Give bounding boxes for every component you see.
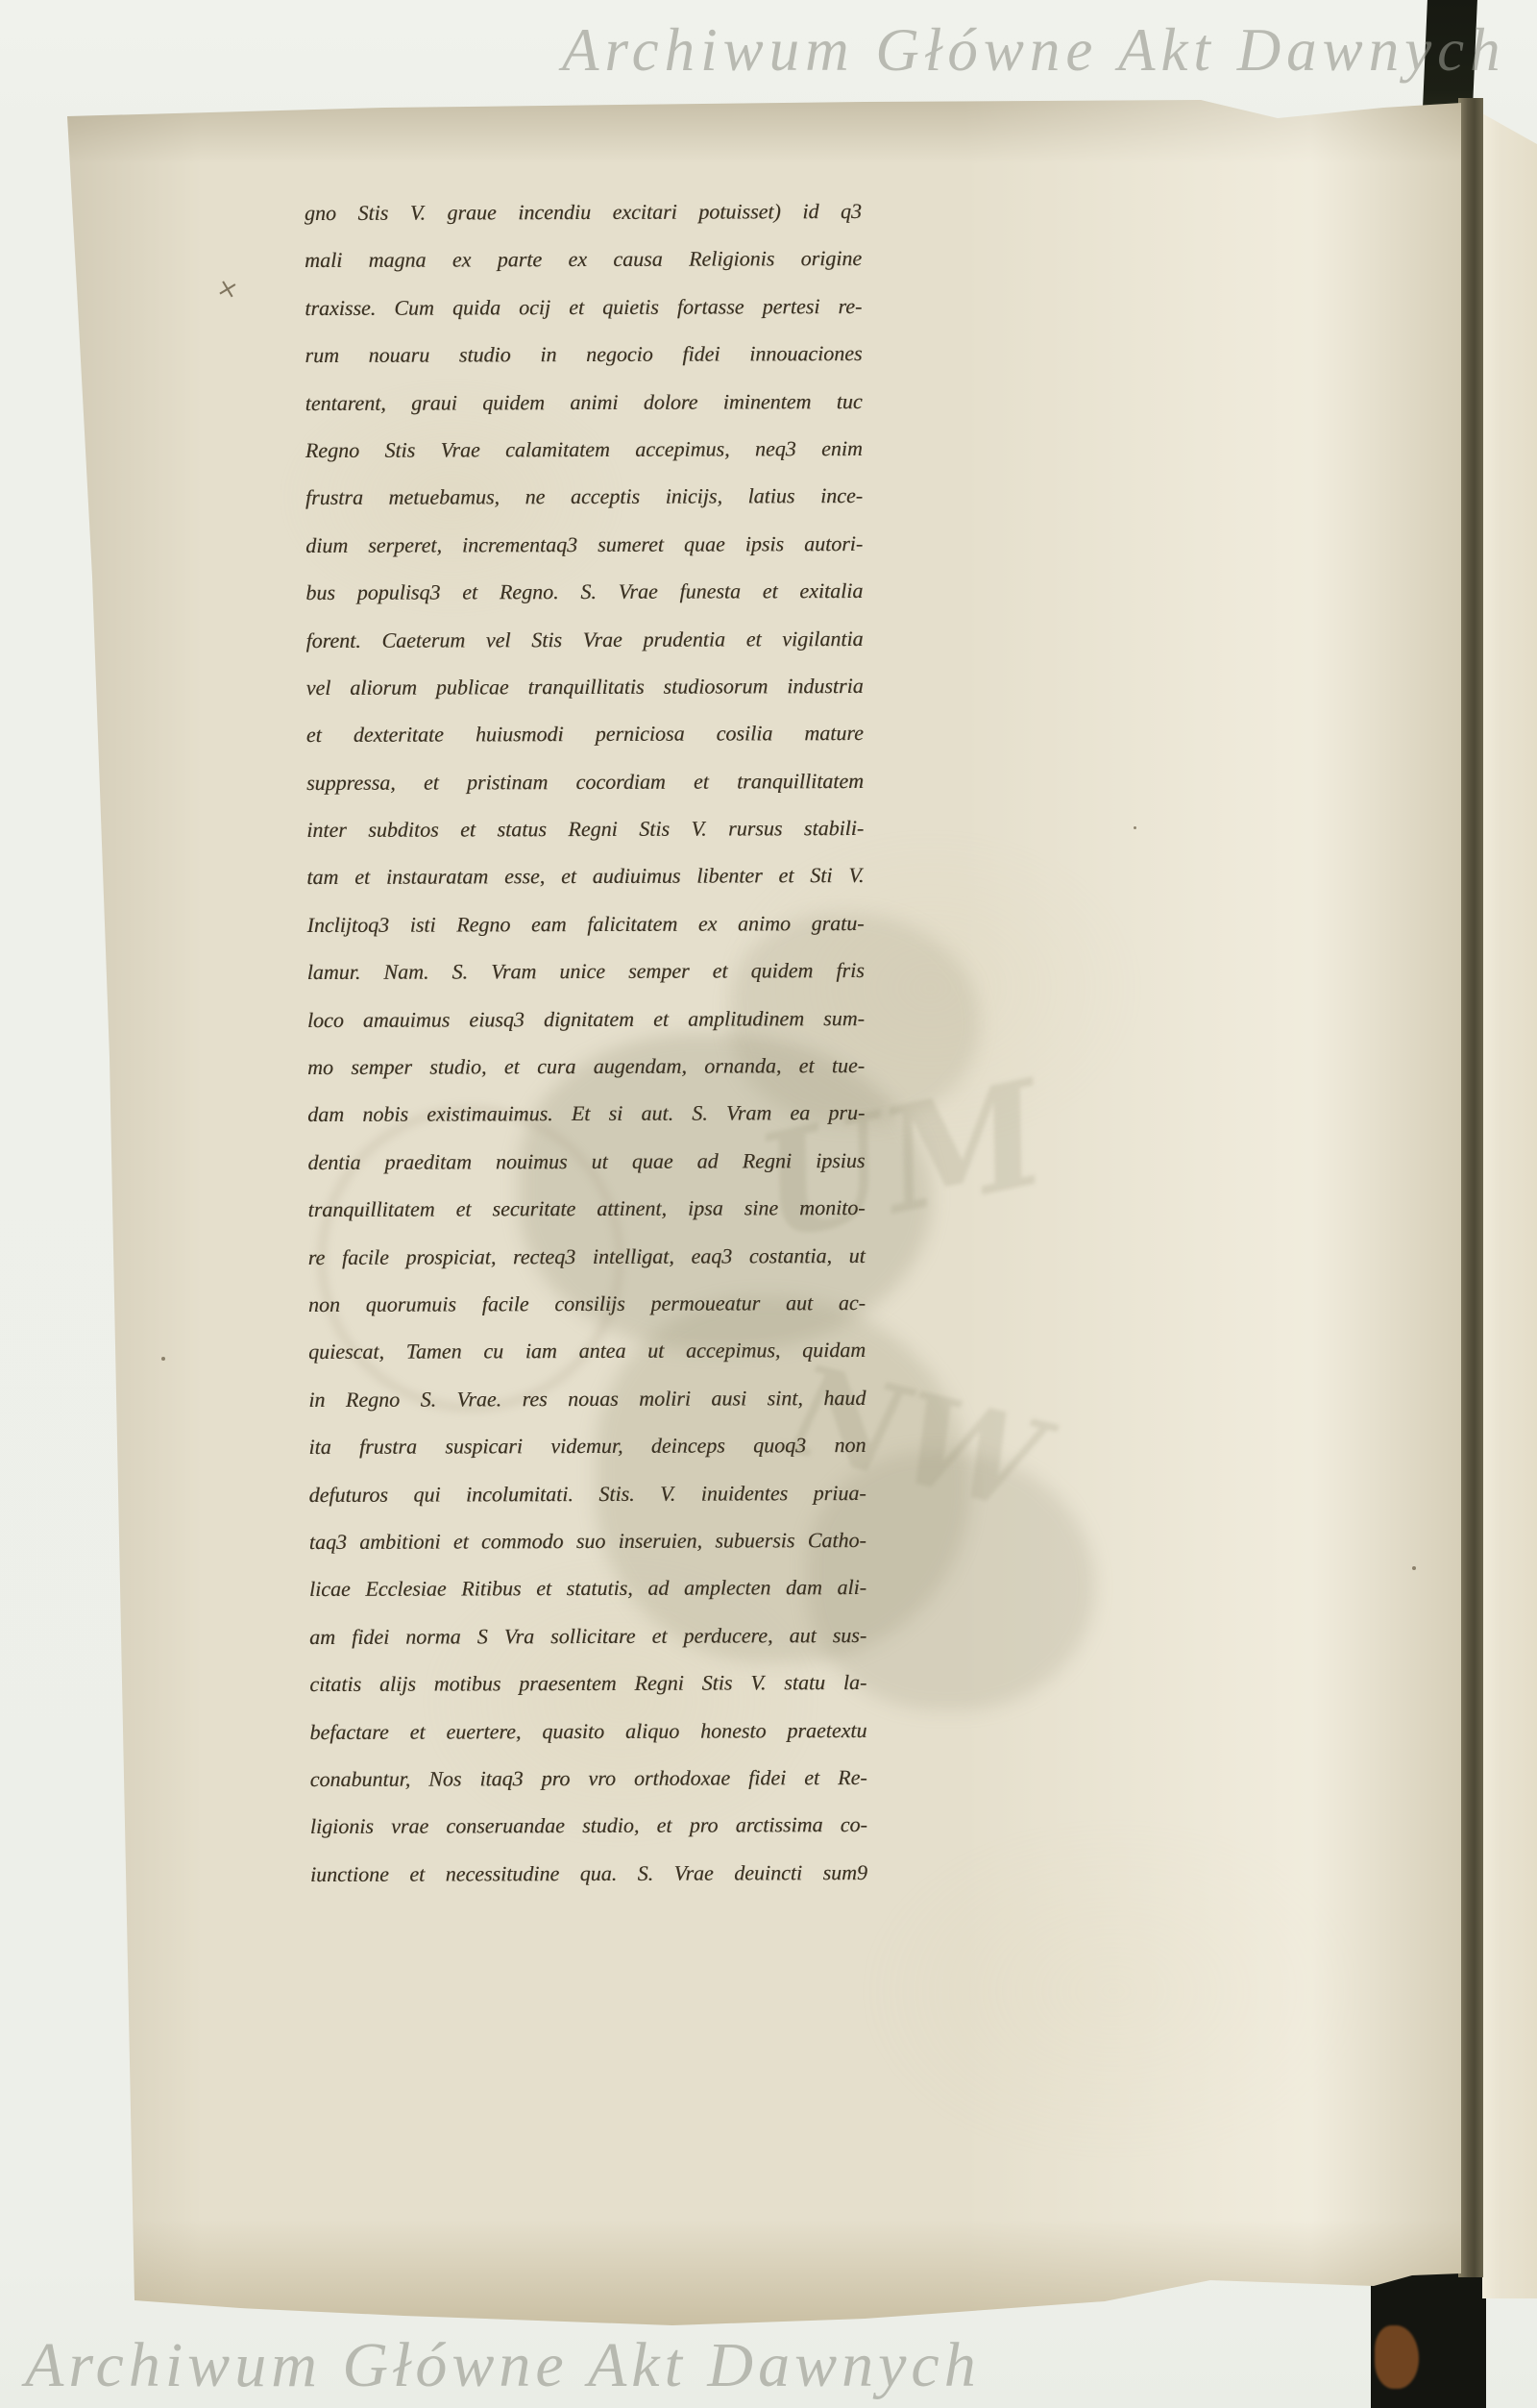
archive-scan: UM NW × gno Stis V. graue incendiu excit… [0, 0, 1537, 2408]
manuscript-line: iunctione et necessitudine qua. S. Vrae … [310, 1849, 867, 1898]
manuscript-line: suppressa, et pristinam cocordiam et tra… [306, 757, 864, 806]
manuscript-line: forent. Caeterum vel Stis Vrae prudentia… [305, 615, 863, 664]
manuscript-line: Regno Stis Vrae calamitatem accepimus, n… [305, 425, 863, 474]
text-block: gno Stis V. graue incendiu excitari potu… [305, 187, 867, 1898]
archive-watermark-bottom: Archiwum Główne Akt Dawnych [25, 2329, 981, 2402]
manuscript-line: tentarent, graui quidem animi dolore imi… [305, 378, 863, 427]
manuscript-line: citatis alijs motibus praesentem Regni S… [309, 1659, 866, 1708]
adjacent-folio-edge [1482, 106, 1537, 2298]
manuscript-line: Inclijtoq3 isti Regno eam falicitatem ex… [306, 899, 864, 948]
paper-speck [88, 615, 91, 618]
manuscript-line: mali magna ex parte ex causa Religionis … [305, 234, 862, 283]
manuscript-line: defuturos qui incolumitati. Stis. V. inu… [309, 1469, 866, 1518]
paper-speck [161, 1357, 165, 1361]
manuscript-line: bus populisq3 et Regno. S. Vrae funesta … [305, 567, 863, 616]
manuscript-line: licae Ecclesiae Ritibus et statutis, ad … [309, 1563, 866, 1612]
archive-watermark-top: Archiwum Główne Akt Dawnych [562, 15, 1506, 86]
manuscript-line: tranquillitatem et securitate attinent, … [308, 1184, 866, 1233]
manuscript-line: ligionis vrae conseruandae studio, et pr… [310, 1801, 867, 1850]
paper-speck [1134, 826, 1136, 829]
paper-speck [1412, 1566, 1416, 1570]
manuscript-line: tam et instauratam esse, et audiuimus li… [306, 851, 864, 900]
manuscript-line: lamur. Nam. S. Vram unice semper et quid… [307, 946, 865, 995]
paper-speck [106, 1855, 109, 1857]
manuscript-line: non quorumuis facile consilijs permoueat… [308, 1279, 866, 1328]
manuscript-line: mo semper studio, et cura augendam, orna… [307, 1042, 865, 1091]
gutter-shadow [1458, 98, 1483, 2277]
manuscript-line: dium serperet, incrementaq3 sumeret quae… [305, 520, 863, 569]
manuscript-line: re facile prospiciat, recteq3 intelligat… [308, 1232, 866, 1281]
manuscript-line: dentia praeditam nouimus ut quae ad Regn… [307, 1137, 865, 1186]
paper-speck [92, 949, 96, 953]
manuscript-line: traxisse. Cum quida ocij et quietis fort… [305, 283, 862, 332]
manuscript-line: in Regno S. Vrae. res nouas moliri ausi … [308, 1374, 866, 1423]
manuscript-page: UM NW × gno Stis V. graue incendiu excit… [0, 0, 1537, 2408]
manuscript-line: rum nouaru studio in negocio fidei innou… [305, 330, 862, 379]
leather-spine-fragment [1375, 2325, 1419, 2389]
manuscript-line: dam nobis existimauimus. Et si aut. S. V… [307, 1089, 865, 1138]
manuscript-line: loco amauimus eiusq3 dignitatem et ampli… [307, 995, 865, 1044]
manuscript-line: conabuntur, Nos itaq3 pro vro orthodoxae… [310, 1754, 867, 1803]
manuscript-line: vel aliorum publicae tranquillitatis stu… [306, 662, 864, 711]
manuscript-line: et dexteritate huiusmodi perniciosa cosi… [306, 709, 864, 758]
manuscript-line: taq3 ambitioni et commodo suo inseruien,… [309, 1516, 866, 1565]
manuscript-line: gno Stis V. graue incendiu excitari potu… [305, 187, 862, 236]
manuscript-line: frustra metuebamus, ne acceptis inicijs,… [305, 472, 863, 521]
manuscript-line: inter subditos et status Regni Stis V. r… [306, 804, 864, 853]
manuscript-line: am fidei norma S Vra sollicitare et perd… [309, 1611, 866, 1660]
manuscript-line: ita frustra suspicari videmur, deinceps … [308, 1421, 866, 1470]
manuscript-line: befactare et euertere, quasito aliquo ho… [309, 1706, 866, 1755]
manuscript-line: quiescat, Tamen cu iam antea ut accepimu… [308, 1326, 866, 1375]
